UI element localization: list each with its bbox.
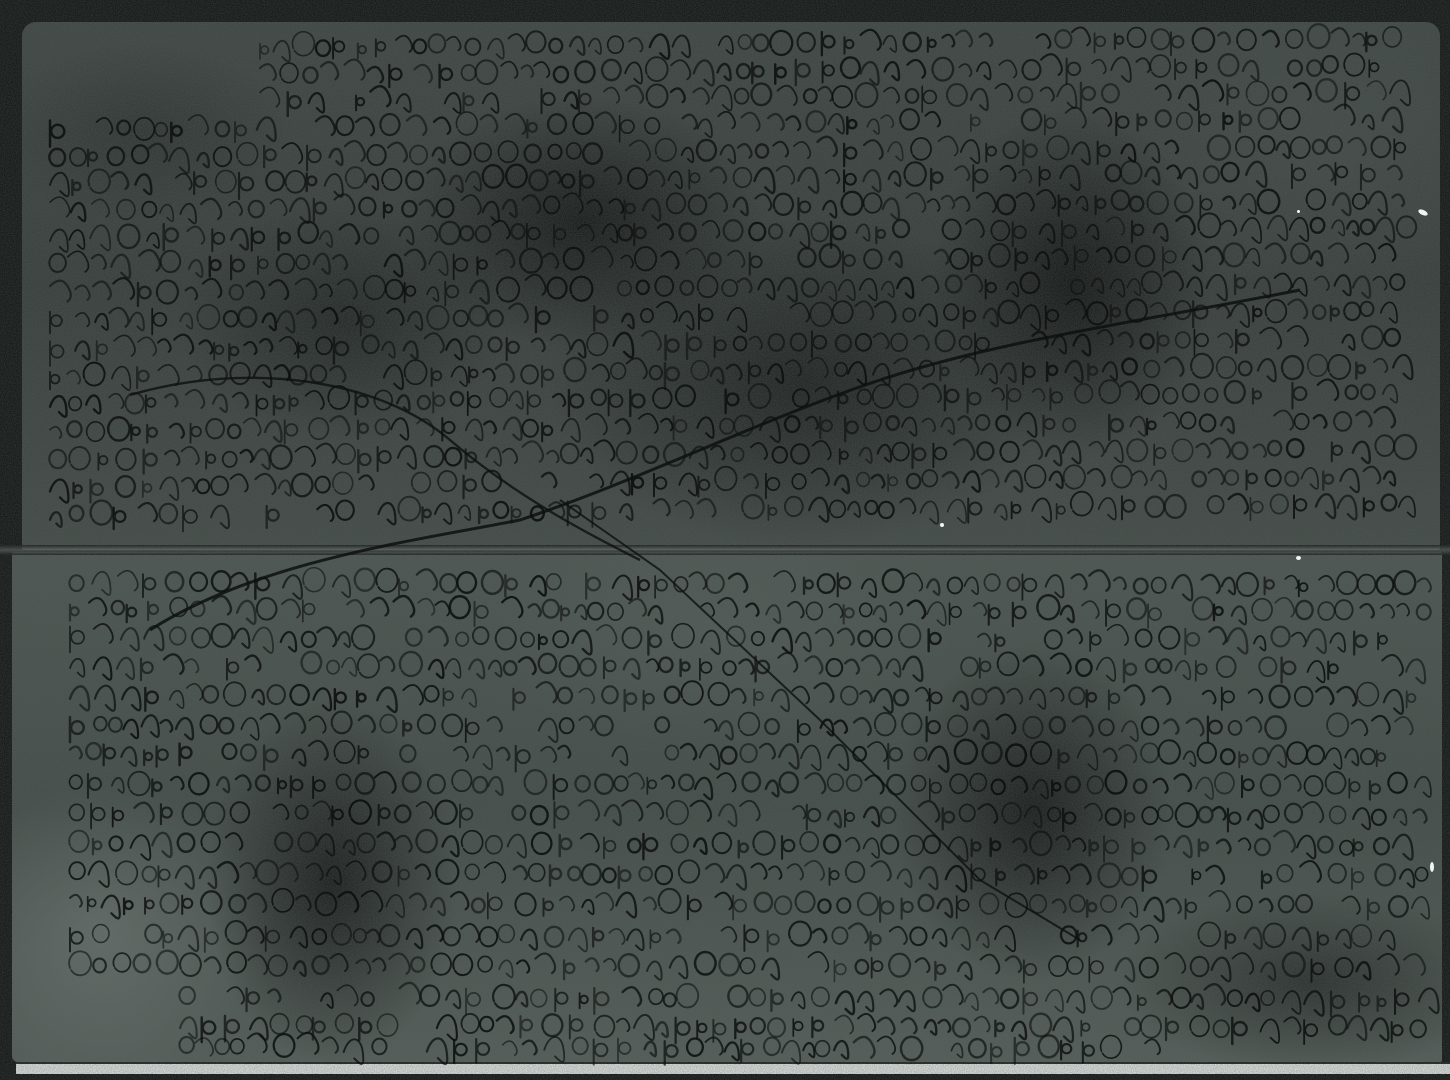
- manuscript-photo: Photograph of a handwritten Burmese-scri…: [0, 0, 1450, 1080]
- white-speck: [1296, 556, 1301, 560]
- lower-folio: [12, 552, 1442, 1062]
- bottom-white-edge: [16, 1062, 1450, 1074]
- white-speck: [1297, 210, 1300, 213]
- fold-line: [0, 545, 1450, 555]
- white-speck: [1430, 862, 1434, 872]
- upper-folio: [22, 22, 1440, 550]
- white-speck: [940, 523, 944, 527]
